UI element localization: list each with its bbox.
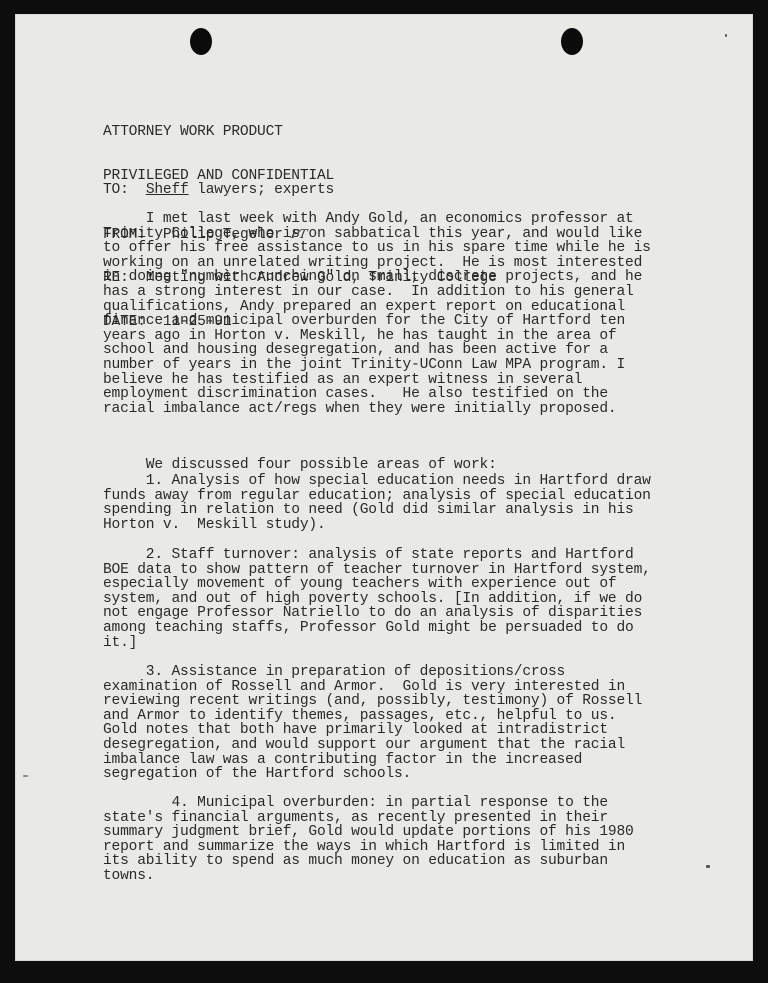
text-line: 4. Municipal overburden: in partial resp… xyxy=(103,796,634,811)
scan-speck xyxy=(725,34,727,37)
intro-paragraph: I met last week with Andy Gold, an econo… xyxy=(103,212,651,416)
text-line: years ago in Horton v. Meskill, he has t… xyxy=(103,329,651,344)
text-line: believe he has testified as an expert wi… xyxy=(103,373,651,388)
text-line: especially movement of young teachers wi… xyxy=(103,577,651,592)
text-line: working on an unrelated writing project.… xyxy=(103,256,651,271)
text-line: it.] xyxy=(103,636,651,651)
text-line: desegregation, and would support our arg… xyxy=(103,738,642,753)
text-line: summary judgment brief, Gold would updat… xyxy=(103,825,634,840)
scan-speck xyxy=(706,865,710,868)
text-line: I met last week with Andy Gold, an econo… xyxy=(103,212,651,227)
work-area-2: 2. Staff turnover: analysis of state rep… xyxy=(103,548,651,650)
text-line: in doing "numbèr crunching" on small, di… xyxy=(103,270,651,285)
scan-speck xyxy=(23,775,28,777)
text-line: report and summarize the ways in which H… xyxy=(103,840,634,855)
text-line: Trinity College, who is on sabbatical th… xyxy=(103,227,651,242)
text-line: 3. Assistance in preparation of depositi… xyxy=(103,665,642,680)
text-line: school and housing desegregation, and ha… xyxy=(103,343,651,358)
text-line: Gold notes that both have primarily look… xyxy=(103,723,642,738)
text-line: segregation of the Hartford schools. xyxy=(103,767,642,782)
text-line: its ability to spend as much money on ed… xyxy=(103,854,634,869)
text-line: employment discrimination cases. He also… xyxy=(103,387,651,402)
to-underlined: Sheff xyxy=(146,182,189,198)
text-line: spending in relation to need (Gold did s… xyxy=(103,503,651,518)
text-line: has a strong interest in our case. In ad… xyxy=(103,285,651,300)
text-line: among teaching staffs, Professor Gold mi… xyxy=(103,621,651,636)
memo-to: TO: Sheff lawyers; experts xyxy=(103,183,497,198)
work-area-1: 1. Analysis of how special education nee… xyxy=(103,474,651,532)
text-line: to offer his free assistance to us in hi… xyxy=(103,241,651,256)
punch-hole-right xyxy=(561,28,583,55)
text-line: reviewing recent writings (and, possibly… xyxy=(103,694,642,709)
text-line: and Armor to identify themes, passages, … xyxy=(103,709,642,724)
text-line: BOE data to show pattern of teacher turn… xyxy=(103,563,651,578)
to-rest: lawyers; experts xyxy=(189,182,334,198)
text-line: system, and out of high poverty schools.… xyxy=(103,592,651,607)
discussed-text: We discussed four possible areas of work… xyxy=(103,458,497,473)
text-line: funds away from regular education; analy… xyxy=(103,489,651,504)
text-line: 2. Staff turnover: analysis of state rep… xyxy=(103,548,651,563)
text-line: number of years in the joint Trinity-UCo… xyxy=(103,358,651,373)
to-label: TO: xyxy=(103,182,129,198)
text-line: examination of Rossell and Armor. Gold i… xyxy=(103,680,642,695)
text-line: 1. Analysis of how special education nee… xyxy=(103,474,651,489)
text-line: Horton v. Meskill study). xyxy=(103,518,651,533)
punch-hole-left xyxy=(190,28,212,55)
text-line: state's financial arguments, as recently… xyxy=(103,811,634,826)
text-line: racial imbalance act/regs when they were… xyxy=(103,402,651,417)
work-area-3: 3. Assistance in preparation of depositi… xyxy=(103,665,642,782)
work-area-4: 4. Municipal overburden: in partial resp… xyxy=(103,796,634,884)
text-line: imbalance law was a contributing factor … xyxy=(103,753,642,768)
text-line: finance and municipal overburden for the… xyxy=(103,314,651,329)
text-line: not engage Professor Natriello to do an … xyxy=(103,606,651,621)
header-line-1: ATTORNEY WORK PRODUCT xyxy=(103,125,334,140)
memo-page: ATTORNEY WORK PRODUCT PRIVILEGED AND CON… xyxy=(15,14,753,961)
text-line: towns. xyxy=(103,869,634,884)
text-line: qualifications, Andy prepared an expert … xyxy=(103,300,651,315)
